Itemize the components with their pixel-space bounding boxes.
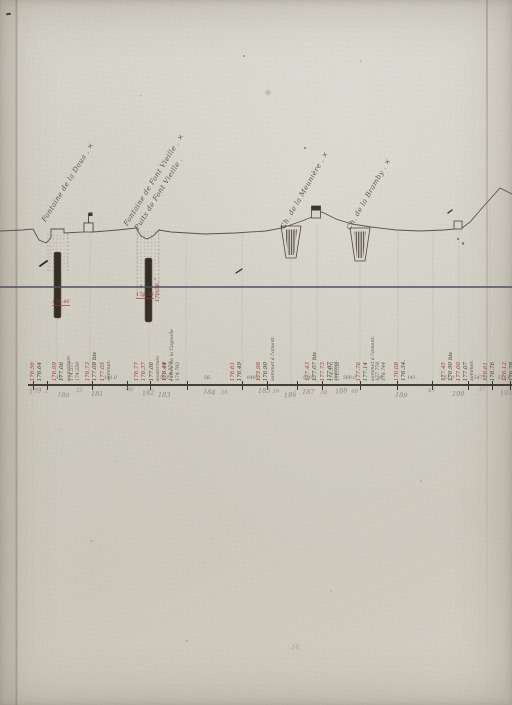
station-number: 39: [272, 390, 280, 396]
small-square-structure: [454, 221, 462, 229]
segment-distance-label: 561.: [160, 377, 170, 382]
hut-with-flag: [84, 213, 93, 233]
elevation-figure-group: 174.577174.259: [70, 362, 82, 381]
red-underlined-elevation-label: 176.70: [136, 292, 154, 299]
station-number: 183: [158, 392, 170, 399]
segment-distance-label: 19.: [56, 377, 63, 382]
segment-distance-label: 550.0: [303, 377, 316, 382]
elevation-figure-red: 177.00: [456, 362, 462, 381]
station-number: 180: [57, 391, 70, 399]
elevation-figure-ink: 176.76: [490, 362, 496, 381]
station-number: 185: [258, 388, 270, 395]
raised-elevation-figure: 176.56: [155, 283, 161, 302]
elevation-figure-sm: 174.259: [76, 362, 81, 381]
station-number: 186: [284, 391, 297, 399]
ink-dash-marks: [40, 210, 452, 273]
baseline-tick: [397, 381, 398, 390]
elevation-figure-group: 176.08176.34.: [394, 360, 408, 381]
station-number: 66: [126, 388, 134, 394]
station-number: 184: [203, 388, 216, 396]
elevation-figure-red: 176.73: [85, 362, 91, 381]
baseline-tick: [297, 381, 298, 390]
segment-distance-label: 560.0: [343, 377, 356, 382]
elevation-figure-red: 176.56: [30, 362, 36, 381]
segment-distance-label: 547.0: [474, 377, 487, 382]
elevation-figure-group: 176.56176.64: [30, 362, 44, 381]
elevation-figure-ink: 177.14: [363, 362, 369, 381]
segment-distance-label: 141.: [407, 377, 417, 382]
station-number: 23: [76, 389, 84, 395]
red-underlined-elevation-label: 176.46: [52, 299, 70, 306]
segment-distance-label: 39.: [377, 377, 384, 382]
chimney-structure: [312, 206, 321, 218]
elevation-figure-ink: 176.49: [237, 362, 243, 381]
elevation-figure-ink: 176.64: [37, 362, 43, 381]
baseline-tick: [360, 381, 361, 390]
baseline-tick: [468, 381, 469, 390]
station-number: 187: [302, 389, 314, 396]
elevation-figure-red: 177.76: [356, 362, 362, 381]
station-number: 182: [142, 389, 155, 397]
segment-distance-label: 556.0: [498, 377, 511, 382]
well-funnel-right: [350, 228, 370, 261]
segment-distance-label: 141.0: [104, 377, 117, 382]
elevation-figure-red: 176.56: [155, 283, 161, 302]
elevation-figure-group: 176.61176.49: [230, 362, 244, 381]
boring-bar-second: [145, 258, 152, 322]
baseline-tick: [322, 381, 323, 390]
elevation-figure-ink: 176.90: [263, 362, 269, 381]
elevation-figure-red: 176.08: [394, 362, 400, 381]
segment-distance-label: 640.0: [247, 377, 260, 382]
station-number: 189: [395, 391, 408, 399]
well-funnel-left: [281, 226, 301, 258]
station-number: 43: [428, 389, 436, 395]
station-number: 46: [351, 390, 358, 396]
station-number: 181: [91, 391, 103, 398]
station-number: 191: [500, 389, 512, 397]
elevation-figure-ink: 177.07: [463, 362, 469, 381]
station-number: 26: [221, 391, 229, 397]
elevation-figure-ink: 177.08 bis: [92, 352, 98, 381]
elevation-figure-sm: 174.578: [169, 362, 174, 381]
elevation-figure-red: 176.37: [141, 362, 147, 381]
elevation-figure-red: 176.61: [230, 362, 236, 381]
elevation-figure-group: 175.98176.90sommet à l'amont.: [256, 336, 276, 381]
station-number: 190: [452, 391, 464, 398]
baseline-tick: [187, 381, 188, 390]
elevation-figure-sm: 174.576: [330, 362, 335, 381]
elevation-figure-sm: 174.792: [176, 362, 181, 381]
baseline-tick: [92, 381, 93, 390]
station-number: 1: [45, 390, 49, 396]
station-number: 38: [320, 391, 328, 397]
scanned-profile-drawing-sheet: Fontaine de la Doua . ×Fontaine de Font …: [0, 0, 512, 705]
elevation-figure-sm: 176.158: [336, 362, 341, 381]
station-number: 179: [29, 387, 42, 395]
page-number-mark: 14: [291, 644, 299, 651]
baseline-tick: [242, 381, 243, 390]
terrain-profile-line: [0, 188, 512, 243]
station-number: 188: [335, 387, 348, 395]
baseline-tick: [492, 381, 493, 390]
elevation-figure-ink: 177.06: [149, 362, 155, 381]
boring-bar-left: [54, 252, 61, 318]
elevation-figure-group: 174.576176.158: [330, 362, 342, 381]
elevation-figure-group: 177.76177.14sommet à l'amont.: [356, 336, 376, 381]
segment-distance-label: 56.: [204, 377, 211, 382]
station-number: 37: [478, 388, 486, 394]
elevation-figure-red: 177.73: [320, 362, 326, 381]
elevation-figure-note: sommet à l'amont.: [271, 336, 277, 381]
elevation-figure-sm: 174.577: [70, 362, 75, 381]
segment-distance-label: 553.0: [441, 377, 454, 382]
elevation-figure-red: 176.77: [134, 362, 140, 381]
